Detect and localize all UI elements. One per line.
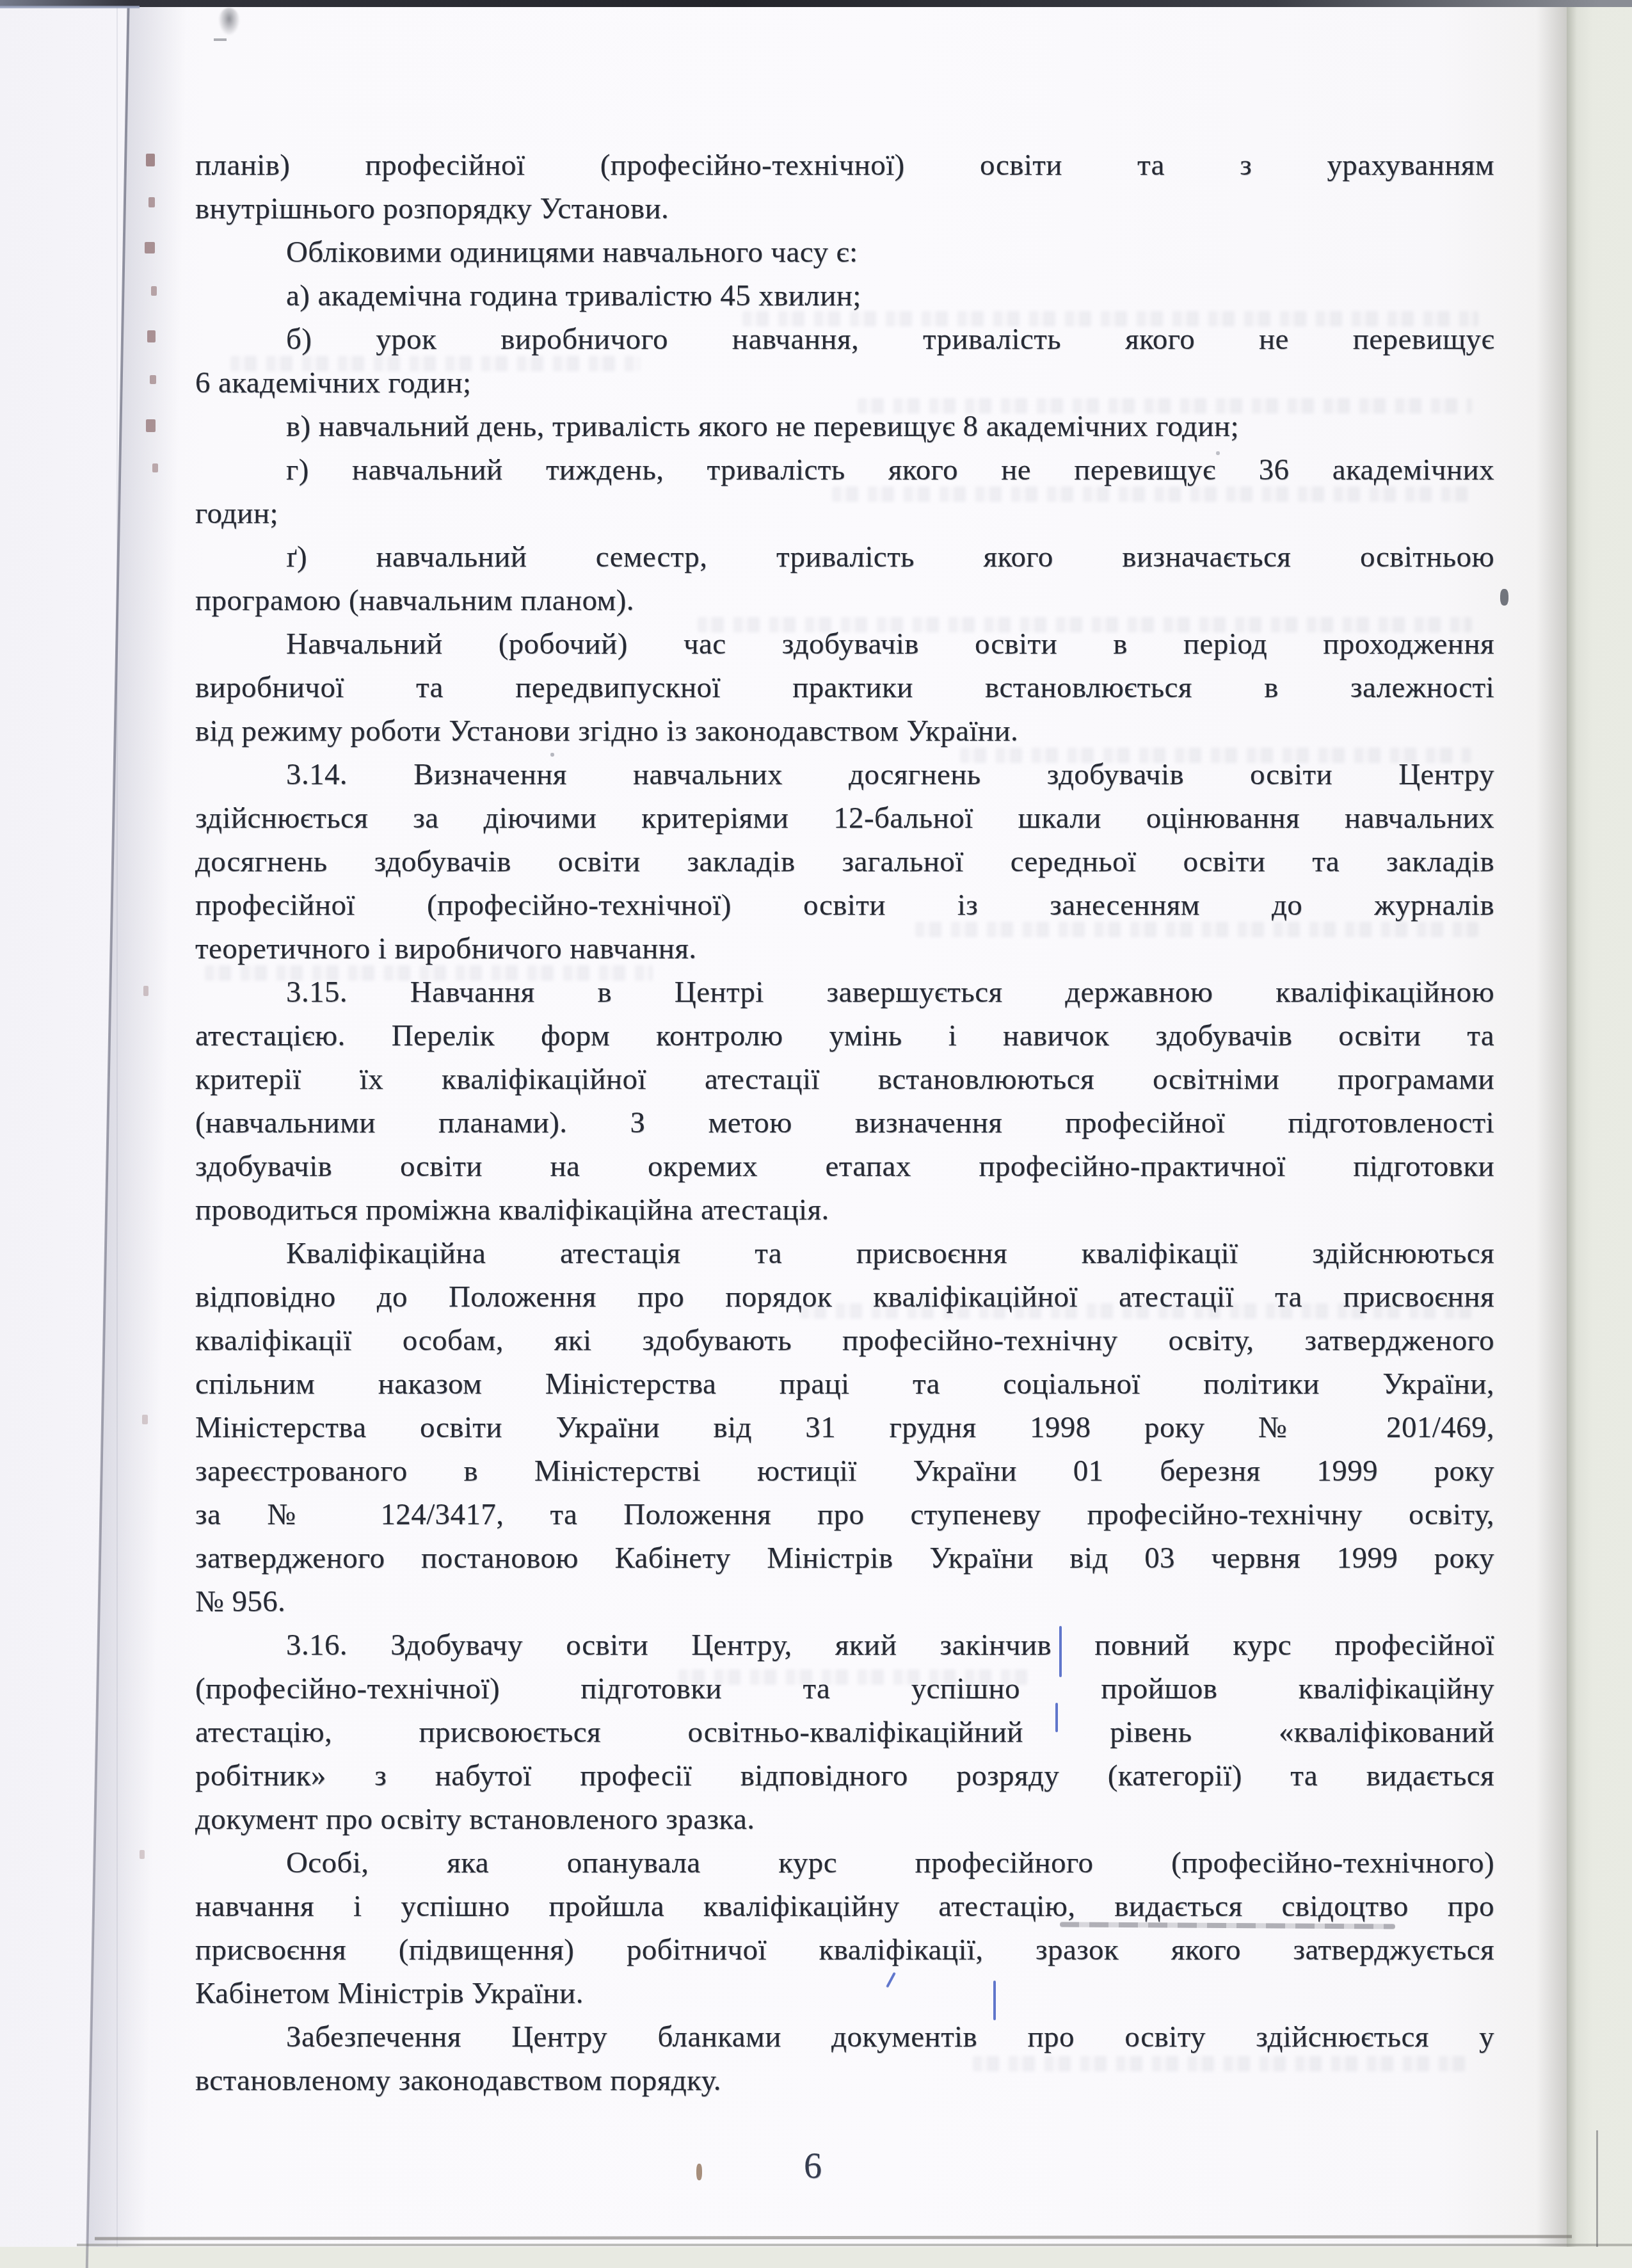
text-line: Забезпечення Центру бланками документів …: [195, 2015, 1494, 2059]
ink-speck: [1500, 589, 1508, 606]
show-through-text-row: [742, 311, 1478, 326]
fold-text-fragment: [140, 1850, 145, 1859]
paragraph: ґ) навчальний семестр, тривалість якого …: [195, 535, 1494, 622]
text-line: затвердженого постановою Кабінету Мініст…: [195, 1536, 1494, 1580]
fold-text-fragment: [151, 286, 157, 296]
text-line: виробничої та передвипускної практики вс…: [195, 666, 1494, 709]
show-through-text-row: [960, 748, 1472, 763]
text-line: (навчальними планами). З метою визначенн…: [195, 1101, 1494, 1145]
ink-smudge: [218, 8, 240, 36]
text-line: Міністерства освіти України від 31 грудн…: [195, 1406, 1494, 1449]
fold-text-fragment: [145, 242, 155, 253]
text-line: г) навчальний тиждень, тривалість якого …: [195, 448, 1494, 492]
text-line: професійної (професійно-технічної) освіт…: [195, 883, 1494, 927]
text-line: зареєстрованого в Міністерстві юстиції У…: [195, 1449, 1494, 1493]
paragraph: планів) професійної (професійно-технічно…: [195, 143, 1494, 230]
show-through-text-row: [858, 398, 1472, 414]
paragraph: 3.16. Здобувачу освіти Центру, який закі…: [195, 1623, 1494, 1841]
text-line: планів) професійної (професійно-технічно…: [195, 143, 1494, 187]
blue-pen-mark: [993, 1981, 996, 2020]
scan-top-edge: [0, 0, 1632, 7]
page-right-edge-shadow: [1536, 0, 1567, 2247]
text-line: атестацією. Перелік форм контролю умінь …: [195, 1014, 1494, 1058]
show-through-text-row: [698, 617, 1472, 632]
show-through-text-row: [832, 487, 1472, 502]
text-line: 3.16. Здобувачу освіти Центру, який закі…: [195, 1623, 1494, 1667]
fold-text-fragment: [152, 463, 158, 472]
paragraph: Навчальний (робочий) час здобувачів осві…: [195, 622, 1494, 753]
show-through-text-row: [800, 1303, 1478, 1319]
text-line: здійснюється за діючими критеріями 12-ба…: [195, 796, 1494, 840]
fold-text-fragment: [147, 330, 156, 342]
ink-smudge-dash: [214, 38, 227, 41]
scan-top-edge-left: [0, 6, 140, 8]
paragraph: Обліковими одиницями навчального часу є:: [195, 230, 1494, 274]
text-line: кваліфікації особам, які здобувають проф…: [195, 1319, 1494, 1362]
show-through-text-row: [205, 965, 653, 981]
text-line: навчання і успішно пройшла кваліфікаційн…: [195, 1885, 1494, 1928]
show-through-text-row: [915, 922, 1478, 937]
page-bottom-edge: [95, 2235, 1572, 2240]
text-line: Обліковими одиницями навчального часу є:: [195, 230, 1494, 274]
document-text: планів) професійної (професійно-технічно…: [195, 143, 1494, 2102]
fold-text-fragment: [146, 154, 155, 166]
text-line: від режиму роботи Установи згідно із зак…: [195, 709, 1494, 753]
text-line: проводиться проміжна кваліфікаційна атес…: [195, 1188, 1494, 1232]
fold-text-fragment: [143, 986, 148, 996]
scanner-background: [1567, 0, 1632, 2247]
text-line: атестацію, присвоюється освітньо-кваліфі…: [195, 1710, 1494, 1754]
show-through-text-row: [973, 2056, 1472, 2071]
paragraph: Кваліфікаційна атестація та присвоєння к…: [195, 1232, 1494, 1623]
fold-shadow: [87, 0, 187, 2247]
text-line: Особі, яка опанувала курс професійного (…: [195, 1841, 1494, 1885]
text-line: здобувачів освіти на окремих етапах проф…: [195, 1145, 1494, 1188]
text-line: № 956.: [195, 1580, 1494, 1623]
text-line: програмою (навчальним планом).: [195, 579, 1494, 622]
scan-crease-line: [1596, 2130, 1598, 2247]
text-line: робітник» з набутої професії відповідног…: [195, 1754, 1494, 1798]
ink-speck: [1216, 451, 1220, 455]
fold-text-fragment: [150, 375, 156, 384]
paragraph: 3.15. Навчання в Центрі завершується дер…: [195, 970, 1494, 1232]
fold-text-fragment: [146, 419, 156, 432]
paragraph: 3.14. Визначення навчальних досягнень зд…: [195, 753, 1494, 970]
text-line: критерії їх кваліфікаційної атестації вс…: [195, 1058, 1494, 1101]
ink-speck: [550, 753, 554, 757]
text-line: ґ) навчальний семестр, тривалість якого …: [195, 535, 1494, 579]
text-line: присвоєння (підвищення) робітничої квалі…: [195, 1928, 1494, 1972]
blue-pen-mark: [1055, 1703, 1058, 1732]
page-number: 6: [804, 2146, 822, 2187]
scanned-document-page: планів) професійної (професійно-технічно…: [0, 0, 1632, 2247]
text-line: Кваліфікаційна атестація та присвоєння к…: [195, 1232, 1494, 1275]
show-through-text-row: [678, 1669, 1037, 1685]
text-line: документ про освіту встановленого зразка…: [195, 1798, 1494, 1841]
fold-text-fragment: [142, 1415, 148, 1424]
fold-text-fragment: [148, 197, 155, 207]
show-through-text-row: [230, 356, 640, 371]
ink-speck: [696, 2164, 702, 2180]
text-line: внутрішнього розпорядку Установи.: [195, 187, 1494, 230]
text-line: Кабінетом Міністрів України.: [195, 1972, 1494, 2015]
text-line: за № 124/3417, та Положення про ступенев…: [195, 1493, 1494, 1536]
text-line: досягнень здобувачів освіти закладів заг…: [195, 840, 1494, 883]
text-line: спільним наказом Міністерства праці та с…: [195, 1362, 1494, 1406]
scan-bottom-edge: [77, 2244, 1632, 2246]
blue-pen-mark: [1059, 1626, 1062, 1677]
